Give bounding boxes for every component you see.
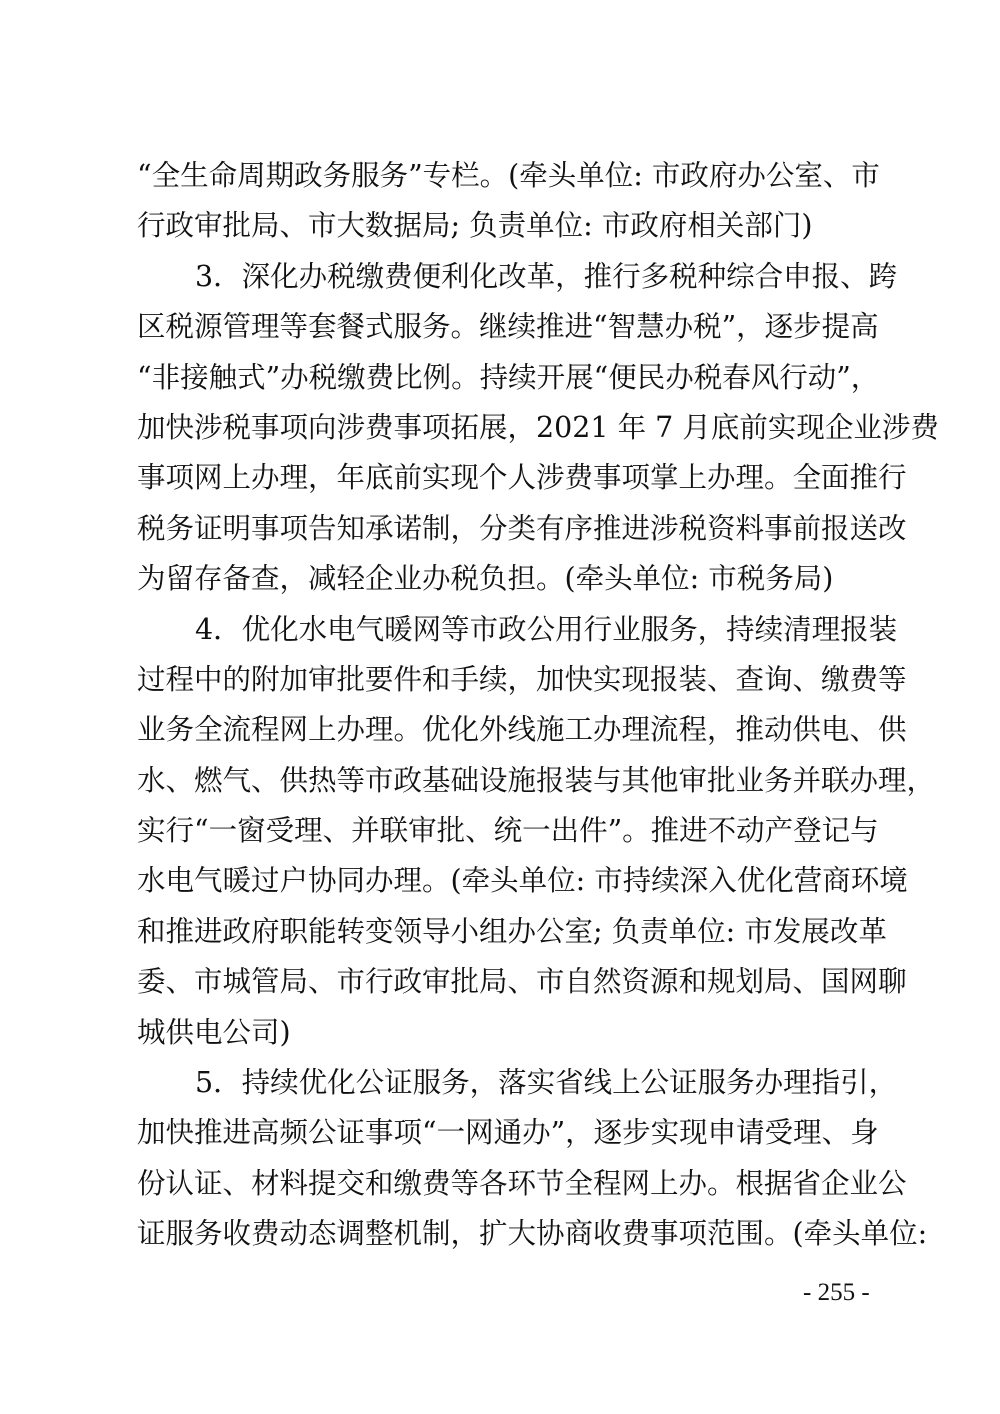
text-line: 加快涉税事项向涉费事项拓展，2021 年 7 月底前实现企业涉费	[137, 403, 867, 453]
text-line: 水电气暖过户协同办理。(牵头单位: 市持续深入优化营商环境	[137, 856, 867, 906]
paragraph-item-4: 4．优化水电气暖网等市政公用行业服务，持续清理报装 过程中的附加审批要件和手续，…	[137, 605, 867, 1059]
text-line: 3．深化办税缴费便利化改革，推行多税种综合申报、跨	[137, 252, 867, 302]
text-line: 业务全流程网上办理。优化外线施工办理流程，推动供电、供	[137, 705, 867, 755]
text-line: 行政审批局、市大数据局; 负责单位: 市政府相关部门)	[137, 201, 867, 251]
text-line: 证服务收费动态调整机制，扩大协商收费事项范围。(牵头单位:	[137, 1209, 867, 1259]
text-line: 税务证明事项告知承诺制，分类有序推进涉税资料事前报送改	[137, 504, 867, 554]
text-line: 区税源管理等套餐式服务。继续推进“智慧办税”，逐步提高	[137, 302, 867, 352]
text-line: 实行“一窗受理、并联审批、统一出件”。推进不动产登记与	[137, 806, 867, 856]
text-line: 为留存备查，减轻企业办税负担。(牵头单位: 市税务局)	[137, 554, 867, 604]
text-line: 城供电公司)	[137, 1008, 867, 1058]
paragraph-item-3: 3．深化办税缴费便利化改革，推行多税种综合申报、跨 区税源管理等套餐式服务。继续…	[137, 252, 867, 605]
text-line: 水、燃气、供热等市政基础设施报装与其他审批业务并联办理，	[137, 756, 867, 806]
paragraph-continuation: “全生命周期政务服务”专栏。(牵头单位: 市政府办公室、市 行政审批局、市大数据…	[137, 151, 867, 252]
text-line: 事项网上办理，年底前实现个人涉费事项掌上办理。全面推行	[137, 453, 867, 503]
text-line: 4．优化水电气暖网等市政公用行业服务，持续清理报装	[137, 605, 867, 655]
text-line: “全生命周期政务服务”专栏。(牵头单位: 市政府办公室、市	[137, 151, 867, 201]
text-line: “非接触式”办税缴费比例。持续开展“便民办税春风行动”，	[137, 353, 867, 403]
page-number: - 255 -	[803, 1279, 870, 1307]
paragraph-item-5: 5．持续优化公证服务，落实省线上公证服务办理指引， 加快推进高频公证事项“一网通…	[137, 1058, 867, 1260]
text-line: 加快推进高频公证事项“一网通办”，逐步实现申请受理、身	[137, 1108, 867, 1158]
text-line: 委、市城管局、市行政审批局、市自然资源和规划局、国网聊	[137, 957, 867, 1007]
document-body: “全生命周期政务服务”专栏。(牵头单位: 市政府办公室、市 行政审批局、市大数据…	[137, 151, 867, 1260]
text-line: 份认证、材料提交和缴费等各环节全程网上办。根据省企业公	[137, 1159, 867, 1209]
text-line: 过程中的附加审批要件和手续，加快实现报装、查询、缴费等	[137, 655, 867, 705]
text-line: 和推进政府职能转变领导小组办公室; 负责单位: 市发展改革	[137, 907, 867, 957]
text-line: 5．持续优化公证服务，落实省线上公证服务办理指引，	[137, 1058, 867, 1108]
